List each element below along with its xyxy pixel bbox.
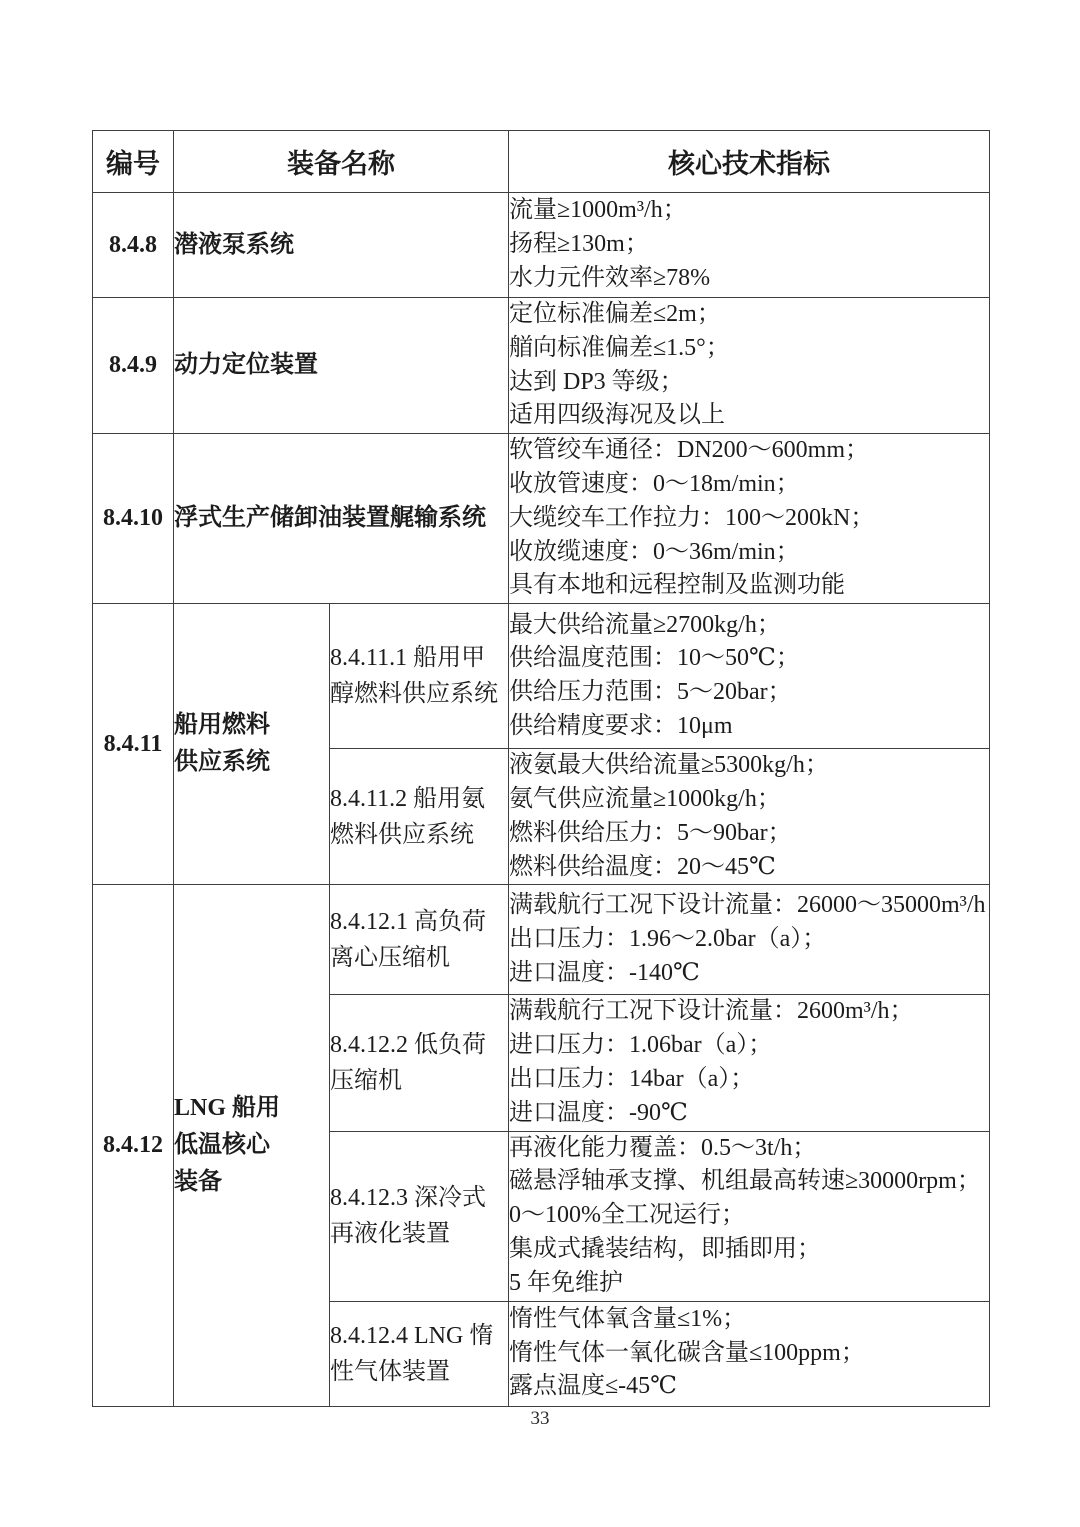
row-id-cell: 8.4.11 <box>93 604 174 885</box>
table-row: 8.4.8 潜液泵系统 流量≥1000m³/h； 扬程≥130m； 水力元件效率… <box>93 193 990 298</box>
sub-equipment-cell: 8.4.12.4 LNG 惰性气体装置 <box>330 1301 509 1406</box>
equipment-name-cell: 动力定位装置 <box>174 298 509 434</box>
table-row: 8.4.10 浮式生产储卸油装置艉输系统 软管绞车通径：DN200～600mm；… <box>93 434 990 604</box>
table-row: 8.4.9 动力定位装置 定位标准偏差≤2m； 艏向标准偏差≤1.5°； 达到 … <box>93 298 990 434</box>
equipment-name-cell: 潜液泵系统 <box>174 193 509 298</box>
row-id-cell: 8.4.9 <box>93 298 174 434</box>
indicators-cell: 满载航行工况下设计流量：26000～35000m³/h； 出口压力：1.96～2… <box>509 885 990 995</box>
header-indicators: 核心技术指标 <box>509 131 990 193</box>
row-id-cell: 8.4.10 <box>93 434 174 604</box>
sub-equipment-cell: 8.4.12.2 低负荷压缩机 <box>330 995 509 1131</box>
row-id-cell: 8.4.12 <box>93 885 174 1406</box>
sub-equipment-cell: 8.4.12.3 深冷式再液化装置 <box>330 1131 509 1301</box>
sub-equipment-cell: 8.4.12.1 高负荷离心压缩机 <box>330 885 509 995</box>
indicators-cell: 最大供给流量≥2700kg/h； 供给温度范围：10～50℃； 供给压力范围：5… <box>509 604 990 749</box>
spec-table: 编号 装备名称 核心技术指标 8.4.8 潜液泵系统 流量≥1000m³/h； … <box>92 130 990 1407</box>
document-page: 编号 装备名称 核心技术指标 8.4.8 潜液泵系统 流量≥1000m³/h； … <box>0 0 1080 1527</box>
equipment-name-cell: LNG 船用 低温核心 装备 <box>174 885 330 1406</box>
equipment-name-cell: 船用燃料 供应系统 <box>174 604 330 885</box>
indicators-cell: 惰性气体氧含量≤1%； 惰性气体一氧化碳含量≤100ppm； 露点温度≤-45℃ <box>509 1301 990 1406</box>
header-equipment-name: 装备名称 <box>174 131 509 193</box>
indicators-cell: 定位标准偏差≤2m； 艏向标准偏差≤1.5°； 达到 DP3 等级； 适用四级海… <box>509 298 990 434</box>
table-header-row: 编号 装备名称 核心技术指标 <box>93 131 990 193</box>
indicators-cell: 软管绞车通径：DN200～600mm； 收放管速度：0～18m/min； 大缆绞… <box>509 434 990 604</box>
page-number: 33 <box>0 1408 1080 1430</box>
indicators-cell: 液氨最大供给流量≥5300kg/h； 氨气供应流量≥1000kg/h； 燃料供给… <box>509 749 990 885</box>
row-id-cell: 8.4.8 <box>93 193 174 298</box>
indicators-cell: 再液化能力覆盖：0.5～3t/h； 磁悬浮轴承支撑、机组最高转速≥30000rp… <box>509 1131 990 1301</box>
sub-equipment-cell: 8.4.11.1 船用甲醇燃料供应系统 <box>330 604 509 749</box>
table-row: 8.4.11 船用燃料 供应系统 8.4.11.1 船用甲醇燃料供应系统 最大供… <box>93 604 990 749</box>
header-id: 编号 <box>93 131 174 193</box>
indicators-cell: 流量≥1000m³/h； 扬程≥130m； 水力元件效率≥78% <box>509 193 990 298</box>
sub-equipment-cell: 8.4.11.2 船用氨燃料供应系统 <box>330 749 509 885</box>
indicators-cell: 满载航行工况下设计流量：2600m³/h； 进口压力：1.06bar（a）； 出… <box>509 995 990 1131</box>
table-row: 8.4.12 LNG 船用 低温核心 装备 8.4.12.1 高负荷离心压缩机 … <box>93 885 990 995</box>
equipment-name-cell: 浮式生产储卸油装置艉输系统 <box>174 434 509 604</box>
